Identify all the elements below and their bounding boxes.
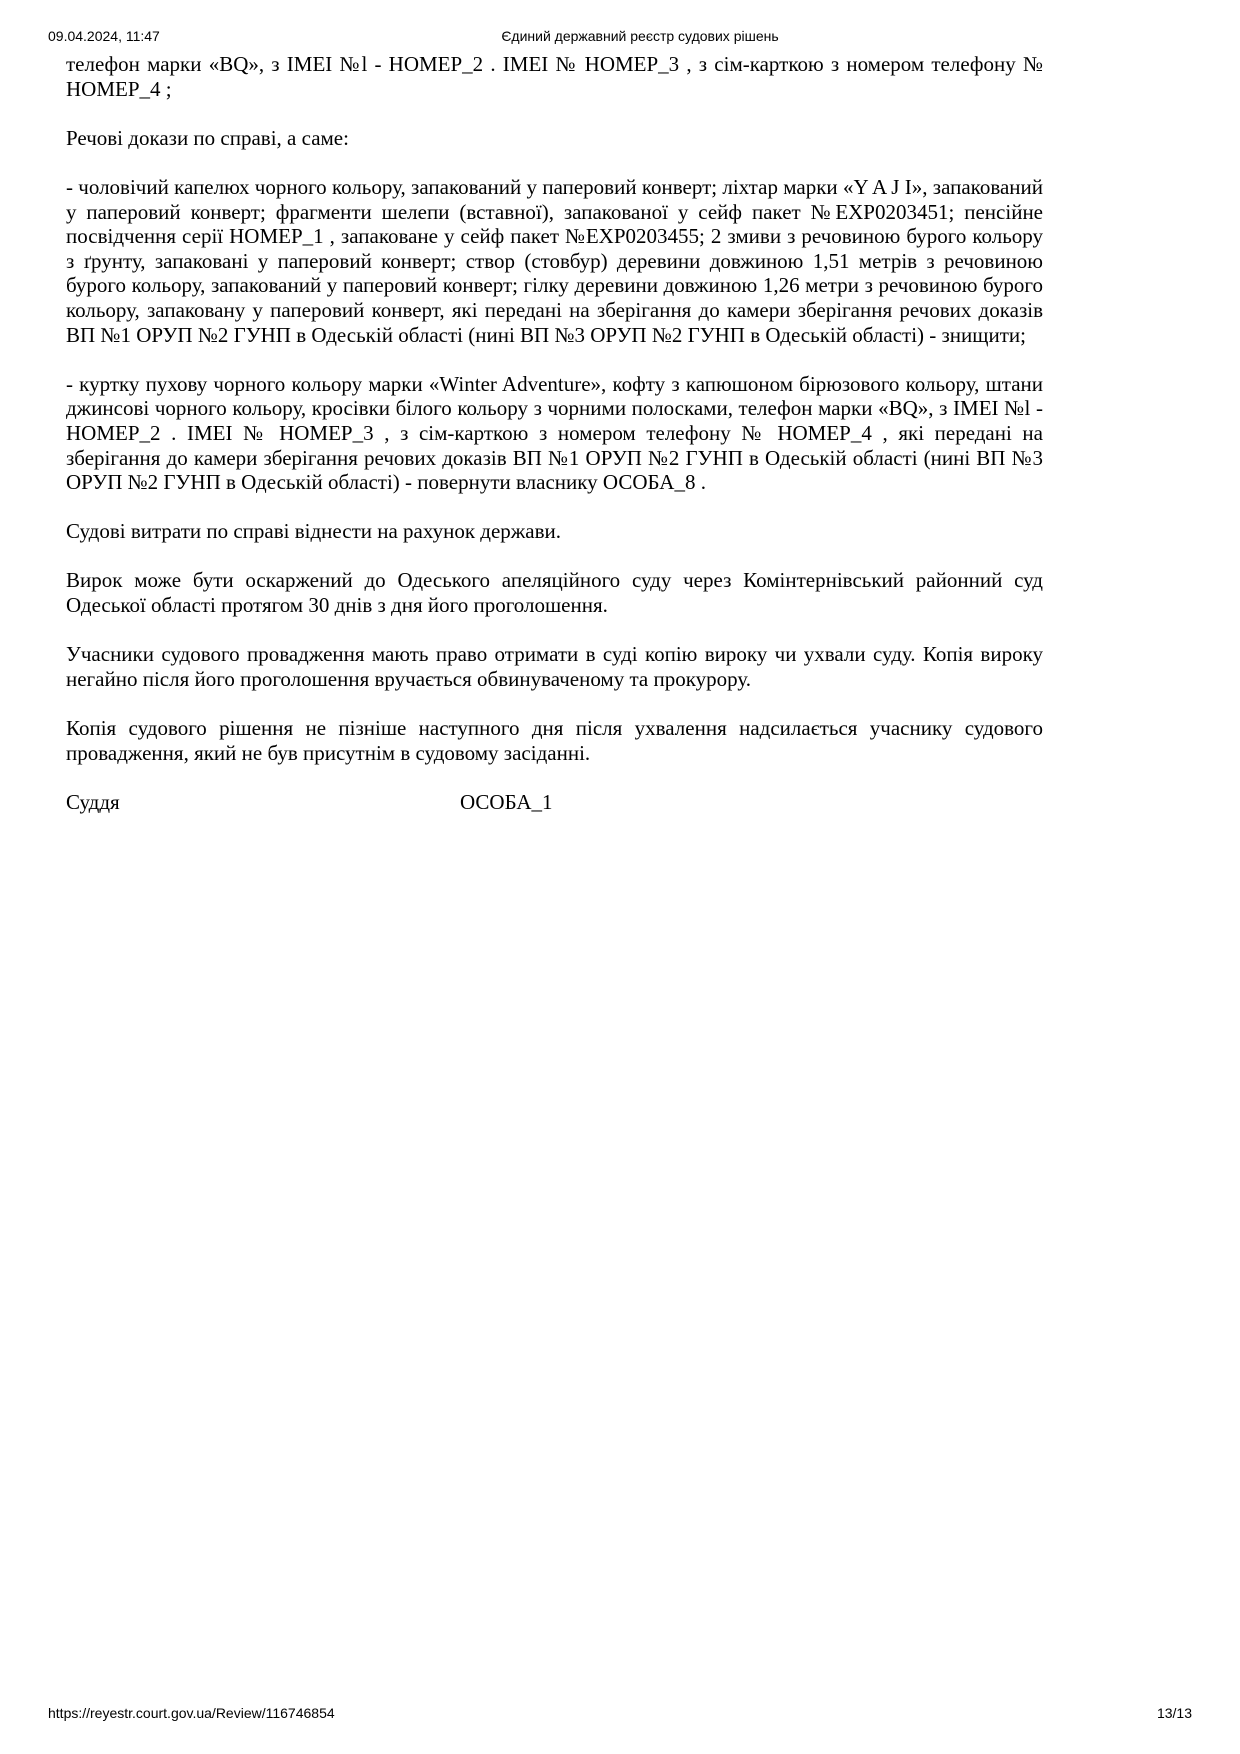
paragraph-phone-continuation: телефон марки «BQ», з IMEI №l - НОМЕР_2 …	[66, 52, 1043, 101]
document-body: телефон марки «BQ», з IMEI №l - НОМЕР_2 …	[66, 52, 1043, 814]
print-title: Єдиний державний реєстр судових рішень	[501, 26, 778, 46]
paragraph-appeal: Вирок може бути оскаржений до Одеського …	[66, 568, 1043, 617]
paragraph-court-costs: Судові витрати по справі віднести на рах…	[66, 519, 1043, 544]
paragraph-evidence-return: - куртку пухову чорного кольору марки «W…	[66, 372, 1043, 495]
print-header: 09.04.2024, 11:47 Єдиний державний реєст…	[48, 26, 1192, 46]
signature-name: ОСОБА_1	[460, 790, 553, 815]
paragraph-evidence-intro: Речові докази по справі, а саме:	[66, 126, 1043, 151]
paragraph-evidence-destroy: - чоловічий капелюх чорного кольору, зап…	[66, 175, 1043, 347]
signature-role: Суддя	[66, 790, 120, 815]
page-url: https://reyestr.court.gov.ua/Review/1167…	[48, 1703, 335, 1723]
paragraph-copy-delivery: Копія судового рішення не пізніше наступ…	[66, 716, 1043, 765]
paragraph-copy-rights: Учасники судового провадження мають прав…	[66, 642, 1043, 691]
print-footer: https://reyestr.court.gov.ua/Review/1167…	[48, 1703, 1192, 1723]
signature-block: Суддя ОСОБА_1	[66, 790, 1043, 815]
page-number: 13/13	[1157, 1703, 1192, 1723]
print-title-wrap: Єдиний державний реєстр судових рішень	[48, 26, 1192, 46]
